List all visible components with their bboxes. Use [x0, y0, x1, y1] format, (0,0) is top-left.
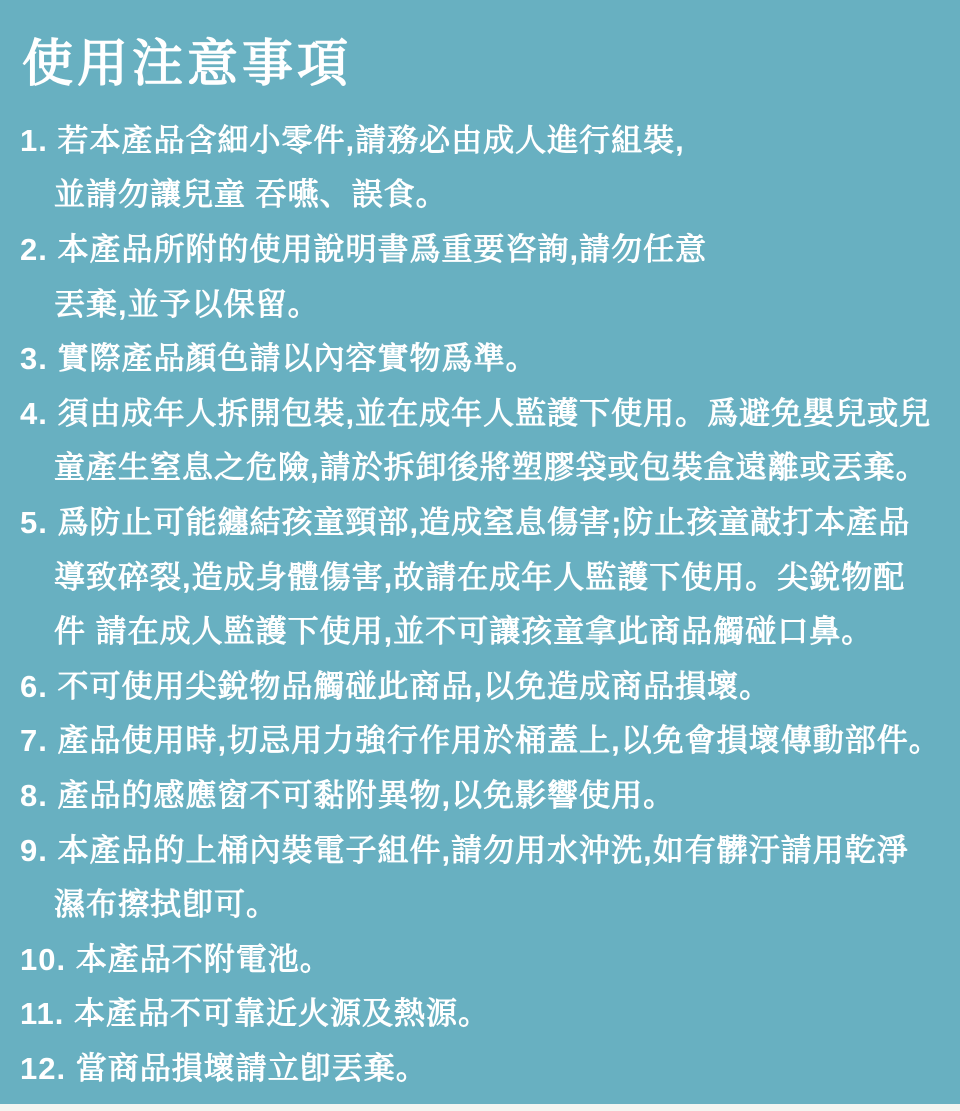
notice-line: 2. 本產品所附的使用說明書爲重要咨詢,請勿任意 [0, 219, 960, 274]
notice-line: 濕布擦拭卽可。 [0, 874, 960, 929]
notice-line: 件 請在成人監護下使用,並不可讓孩童拿此商品觸碰口鼻。 [0, 601, 960, 656]
notice-line: 7. 產品使用時,切忌用力強行作用於桶蓋上,以免會損壞傳動部件。 [0, 711, 960, 766]
usage-notice-page: 使用注意事項 1. 若本產品含細小零件,請務必由成人進行組裝,並請勿讓兒童 吞嚥… [0, 0, 960, 1111]
notice-line: 5. 爲防止可能纏結孩童頸部,造成窒息傷害;防止孩童敲打本產品 [0, 492, 960, 547]
notice-line: 並請勿讓兒童 吞嚥、誤食。 [0, 165, 960, 220]
notice-line: 6. 不可使用尖銳物品觸碰此商品,以免造成商品損壞。 [0, 656, 960, 711]
notice-list: 1. 若本產品含細小零件,請務必由成人進行組裝,並請勿讓兒童 吞嚥、誤食。2. … [0, 110, 960, 1093]
notice-line: 導致碎裂,造成身體傷害,故請在成年人監護下使用。尖銳物配 [0, 547, 960, 602]
notice-line: 9. 本產品的上桶內裝電子組件,請勿用水沖洗,如有髒汙請用乾淨 [0, 820, 960, 875]
notice-line: 丟棄,並予以保留。 [0, 274, 960, 329]
notice-line: 11. 本產品不可靠近火源及熱源。 [0, 984, 960, 1039]
notice-line: 4. 須由成年人拆開包裝,並在成年人監護下使用。爲避免嬰兒或兒 [0, 383, 960, 438]
notice-line: 3. 實際產品顏色請以內容實物爲準。 [0, 328, 960, 383]
notice-line: 12. 當商品損壞請立卽丟棄。 [0, 1038, 960, 1093]
notice-line: 童產生窒息之危險,請於拆卸後將塑膠袋或包裝盒遠離或丟棄。 [0, 438, 960, 493]
notice-line: 8. 產品的感應窗不可黏附異物,以免影響使用。 [0, 765, 960, 820]
notice-line: 10. 本產品不附電池。 [0, 929, 960, 984]
bottom-strip [0, 1104, 960, 1111]
page-title: 使用注意事項 [22, 34, 352, 94]
notice-line: 1. 若本產品含細小零件,請務必由成人進行組裝, [0, 110, 960, 165]
